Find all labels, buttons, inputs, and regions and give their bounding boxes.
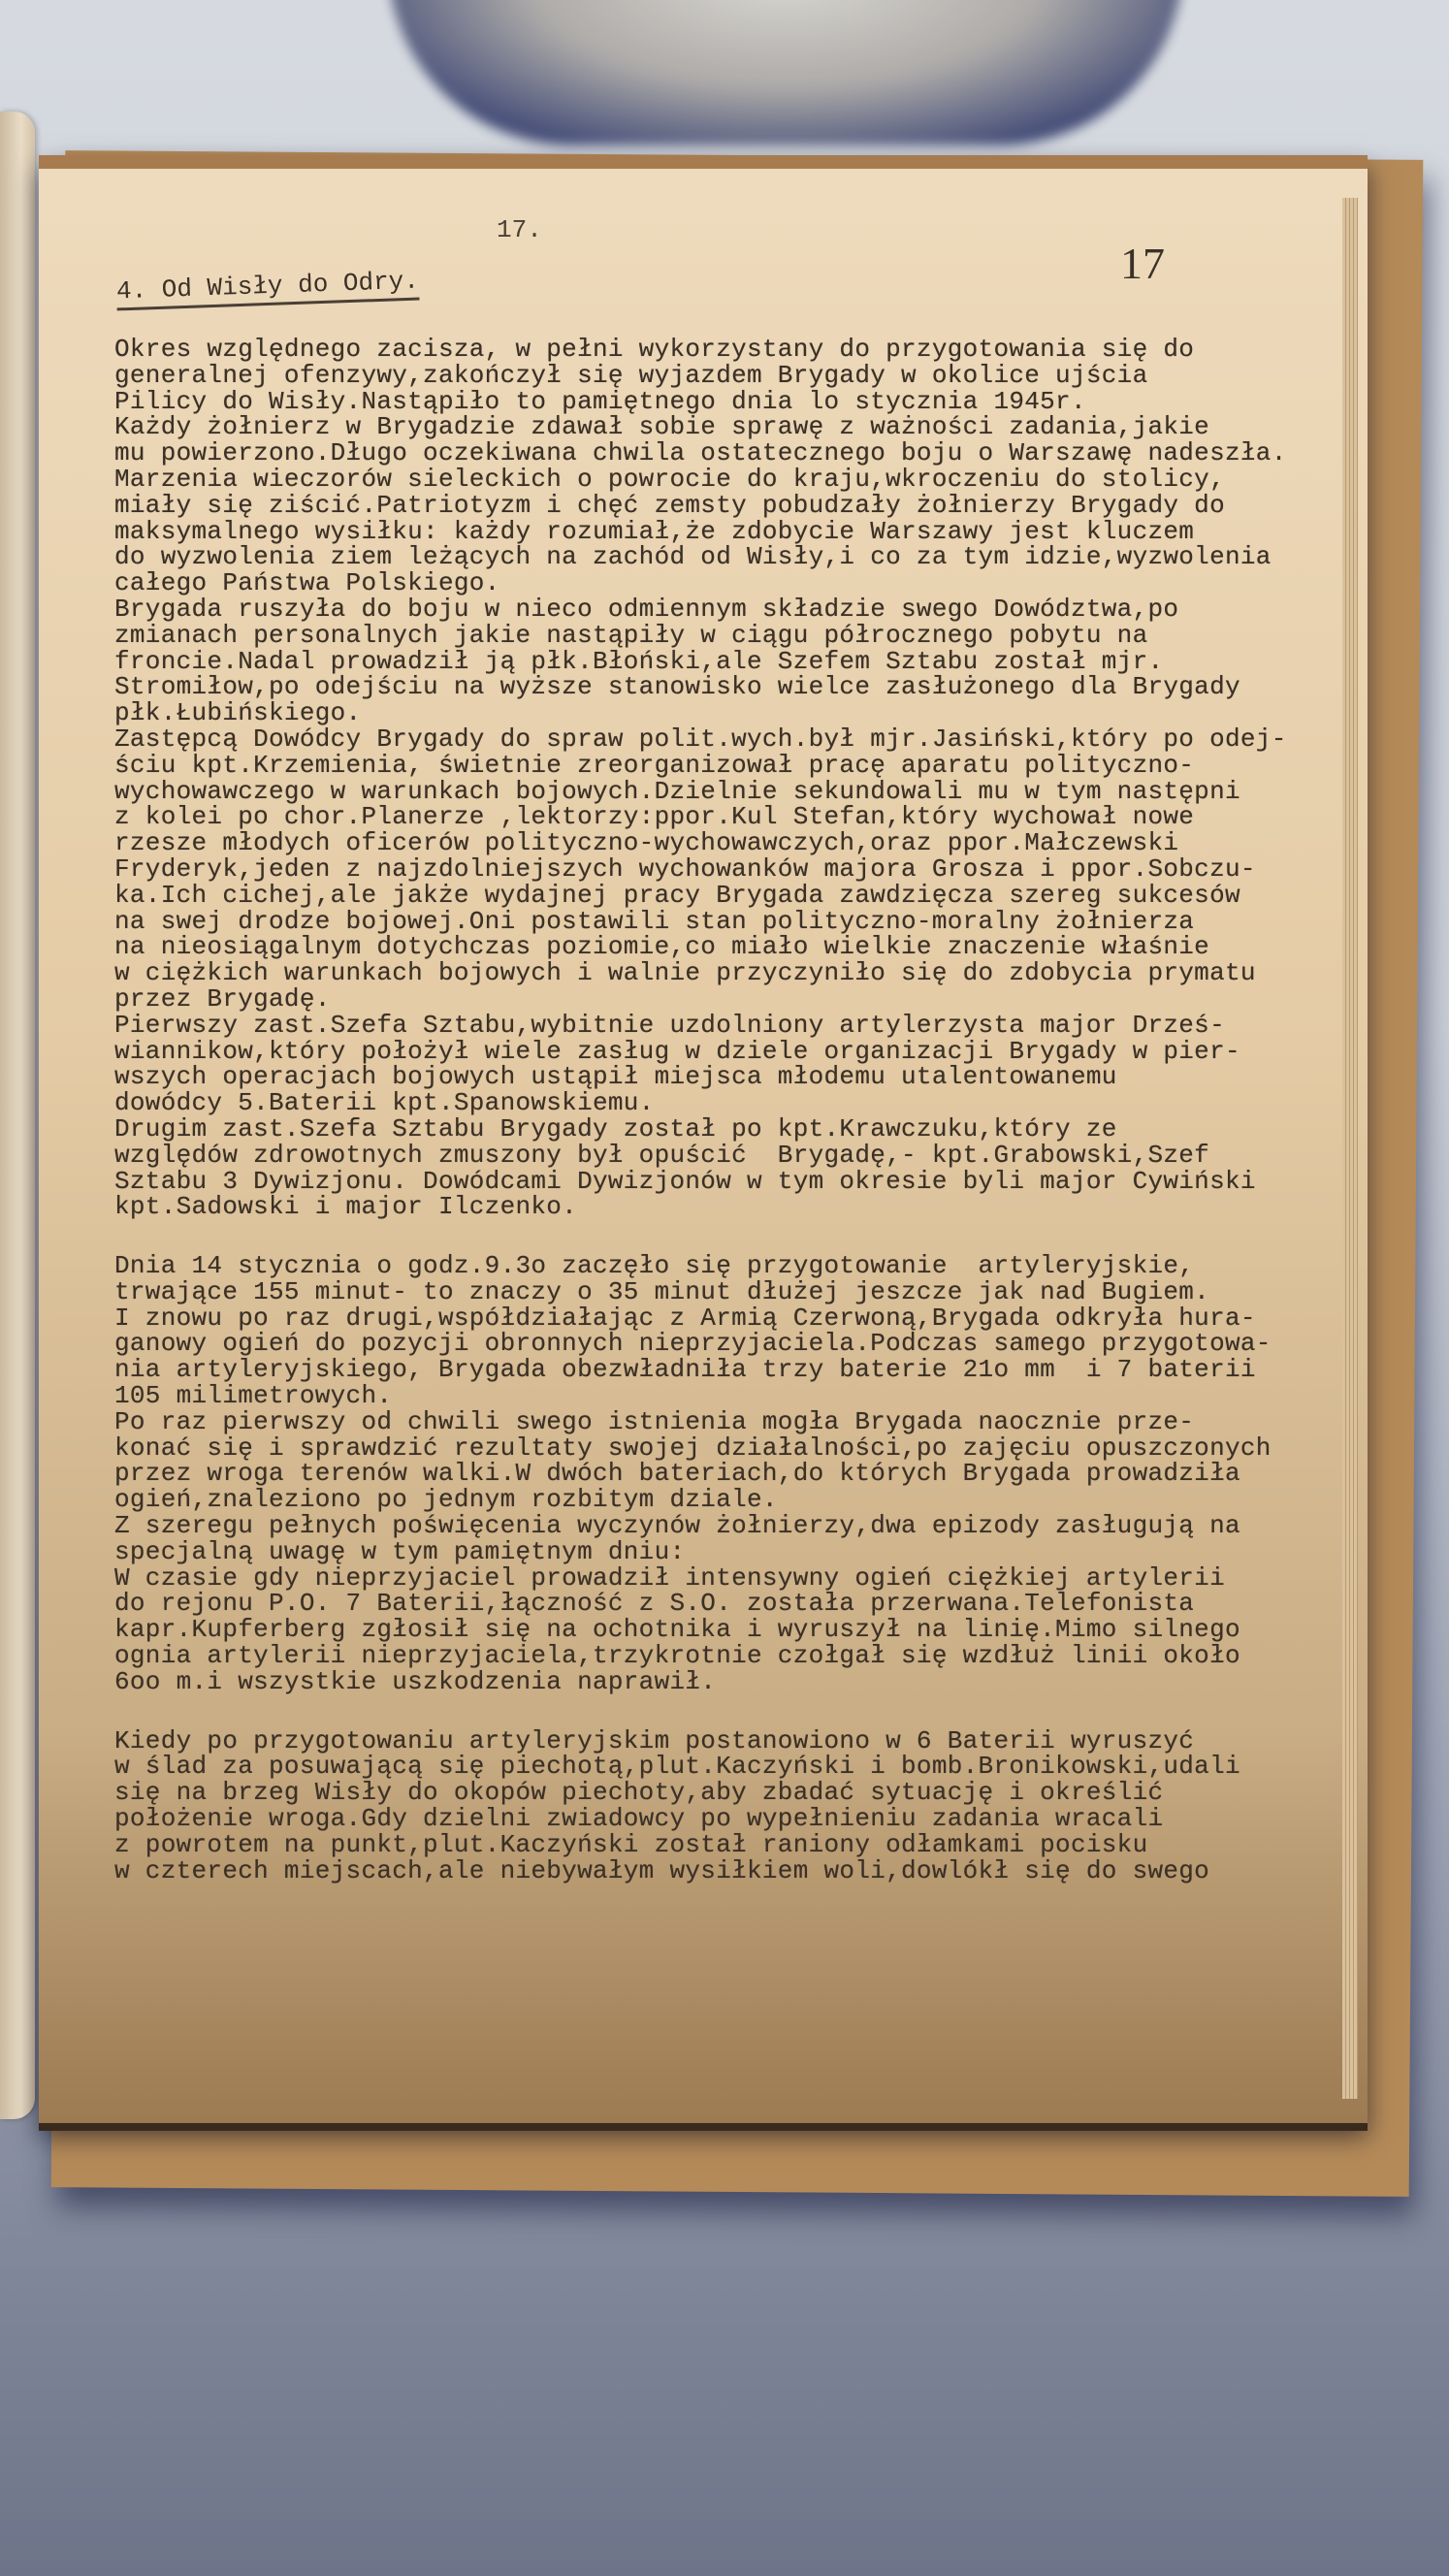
text-line: W czasie gdy nieprzyjaciel prowadził int… [114, 1563, 1287, 1590]
text-line: dowódcy 5.Baterii kpt.Spanowskiemu. [114, 1088, 1287, 1114]
text-line: Po raz pierwszy od chwili swego istnieni… [114, 1407, 1287, 1433]
text-line: Z szeregu pełnych poświęcenia wyczynów ż… [114, 1511, 1287, 1537]
text-line: ogień,znaleziono po jednym rozbitym dzia… [114, 1485, 1287, 1511]
text-line: do rejonu P.O. 7 Baterii,łączność z S.O.… [114, 1589, 1287, 1615]
text-line: Zastępcą Dowódcy Brygady do spraw polit.… [114, 724, 1287, 751]
text-line: Pierwszy zast.Szefa Sztabu,wybitnie uzdo… [114, 1011, 1287, 1037]
text-line: rzesze młodych oficerów polityczno-wycho… [114, 828, 1287, 854]
text-line: 105 milimetrowych. [114, 1381, 1287, 1407]
text-line: wychowawczego w warunkach bojowych.Dziel… [114, 777, 1287, 803]
text-line: ka.Ich cichej,ale jakże wydajnej pracy B… [114, 881, 1287, 907]
text-line: Fryderyk,jeden z najzdolniejszych wychow… [114, 854, 1287, 881]
text-line: mu powierzono.Długo oczekiwana chwila os… [114, 438, 1287, 465]
text-line: kpt.Sadowski i major Ilczenko. [114, 1192, 1287, 1218]
text-line: Stromiłow,po odejściu na wyższe stanowis… [114, 672, 1287, 698]
text-line: maksymalnego wysiłku: każdy rozumiał,że … [114, 517, 1287, 543]
text-line: całego Państwa Polskiego. [114, 568, 1287, 595]
device-shadow [388, 0, 1183, 145]
text-line: I znowu po raz drugi,współdziałając z Ar… [114, 1304, 1287, 1330]
text-line: względów zdrowotnych zmuszony był opuści… [114, 1141, 1287, 1167]
text-line: wszych operacjach bojowych ustąpił miejs… [114, 1062, 1287, 1088]
text-line: na nieosiągalnym dotychczas poziomie,co … [114, 932, 1287, 958]
text-line: Okres względnego zacisza, w pełni wykorz… [114, 335, 1287, 361]
text-line: ściu kpt.Krzemienia, świetnie zreorganiz… [114, 751, 1287, 777]
text-line: przez wroga terenów walki.W dwóch bateri… [114, 1459, 1287, 1485]
text-line: płk.Łubińskiego. [114, 698, 1287, 724]
text-line: Każdy żołnierz w Brygadzie zdawał sobie … [114, 412, 1287, 438]
text-line: Sztabu 3 Dywizjonu. Dowódcami Dywizjonów… [114, 1167, 1287, 1193]
text-line: specjalną uwagę w tym pamiętnym dniu: [114, 1537, 1287, 1563]
text-line: nia artyleryjskiego, Brygada obezwładnił… [114, 1355, 1287, 1381]
text-line: w czterech miejscach,ale niebywałym wysi… [114, 1856, 1287, 1883]
text-line: ganowy ogień do pozycji obronnych nieprz… [114, 1329, 1287, 1355]
text-line: ognia artylerii nieprzyjaciela,trzykrotn… [114, 1641, 1287, 1667]
text-line: Kiedy po przygotowaniu artyleryjskim pos… [114, 1726, 1287, 1753]
text-line: Dnia 14 stycznia o godz.9.3o zaczęło się… [114, 1251, 1287, 1277]
text-line: w ślad za posuwającą się piechotą,plut.K… [114, 1752, 1287, 1778]
text-line: generalnej ofenzywy,zakończył się wyjazd… [114, 361, 1287, 387]
text-line: Pilicy do Wisły.Nastąpiło to pamiętnego … [114, 387, 1287, 413]
text-line: z powrotem na punkt,plut.Kaczyński zosta… [114, 1830, 1287, 1856]
text-line: 6oo m.i wszystkie uszkodzenia naprawił. [114, 1667, 1287, 1693]
text-line: Brygada ruszyła do boju w nieco odmienny… [114, 595, 1287, 621]
text-line: zmianach personalnych jakie nastąpiły w … [114, 621, 1287, 647]
text-line: kapr.Kupferberg zgłosił się na ochotnika… [114, 1615, 1287, 1641]
text-line: w ciężkich warunkach bojowych i walnie p… [114, 958, 1287, 984]
text-line: na swej drodze bojowej.Oni postawili sta… [114, 907, 1287, 933]
page-number-stamp: 17 [1120, 238, 1165, 289]
body-text: Okres względnego zacisza, w pełni wykorz… [114, 335, 1287, 1882]
paragraph-gap [114, 1218, 1287, 1251]
text-line: z kolei po chor.Planerze ,lektorzy:ppor.… [114, 802, 1287, 828]
text-line: froncie.Nadal prowadził ją płk.Błoński,a… [114, 647, 1287, 673]
text-line: do wyzwolenia ziem leżących na zachód od… [114, 542, 1287, 568]
page-number-typed: 17. [497, 215, 542, 244]
binder-spine [0, 112, 35, 2119]
paragraph-gap [114, 1693, 1287, 1726]
text-line: Marzenia wieczorów sieleckich o powrocie… [114, 465, 1287, 491]
text-line: położenie wroga.Gdy dzielni zwiadowcy po… [114, 1804, 1287, 1830]
text-line: się na brzeg Wisły do okopów piechoty,ab… [114, 1778, 1287, 1804]
text-line: konać się i sprawdzić rezultaty swojej d… [114, 1433, 1287, 1460]
page-stack-edge [1342, 198, 1358, 2099]
text-line: Drugim zast.Szefa Sztabu Brygady został … [114, 1114, 1287, 1141]
text-line: miały się ziścić.Patriotyzm i chęć zemst… [114, 491, 1287, 517]
text-line: trwające 155 minut- to znaczy o 35 minut… [114, 1277, 1287, 1304]
text-line: przez Brygadę. [114, 984, 1287, 1011]
text-line: wiannikow,który położył wiele zasług w d… [114, 1037, 1287, 1063]
